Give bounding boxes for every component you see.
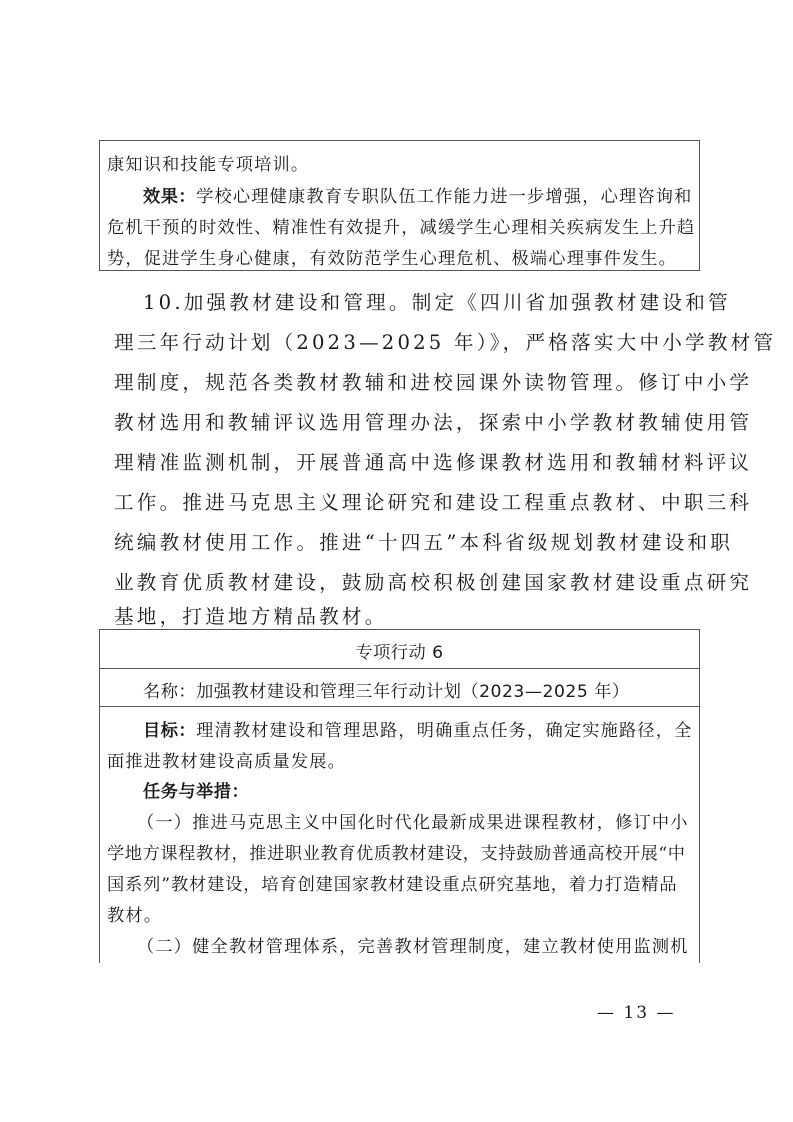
section10-line: 工作。推进马克思主义理论研究和建设工程重点教材、中职三科 [114, 486, 752, 515]
task-line: （一）推进马克思主义中国化时代化最新成果进课程教材，修订中小 [137, 808, 689, 833]
action-table-header: 专项行动 6 [99, 638, 700, 663]
section10-line: 教材选用和教辅评议选用管理办法，探索中小学教材教辅使用管 [114, 406, 752, 435]
effect-text-1: 学校心理健康教育专职队伍工作能力进一步增强，心理咨询和 [196, 187, 692, 207]
box-continuation-line: 康知识和技能专项培训。 [107, 150, 309, 175]
name-label: 名称： [143, 682, 196, 702]
goal-text-1: 理清教材建设和管理思路，明确重点任务，确定实施路径，全 [196, 721, 692, 741]
page-number: — 13 — [597, 1003, 675, 1023]
task-line: 教材。 [107, 901, 162, 926]
section10-line: 统编教材使用工作。推进“十四五”本科省级规划教材建设和职 [114, 526, 733, 555]
table-row-divider [99, 706, 700, 707]
task-line: 国系列”教材建设，培育创建国家教材建设重点研究基地，着力打造精品 [107, 870, 677, 895]
action-name-row: 名称：加强教材建设和管理三年行动计划（2023—2025 年） [143, 677, 630, 702]
effect-paragraph: 效果：学校心理健康教育专职队伍工作能力进一步增强，心理咨询和 [143, 182, 693, 207]
section10-line: 理三年行动计划（2023—2025 年）》，严格落实大中小学教材管 [114, 326, 776, 355]
effect-label: 效果： [143, 187, 196, 207]
table-row-divider [99, 668, 700, 669]
section10-line: 基地，打造地方精品教材。 [114, 600, 388, 629]
task-line: 学地方课程教材，推进职业教育优质教材建设，支持鼓励普通高校开展“中 [107, 839, 686, 864]
effect-text-3: 势，促进学生身心健康，有效防范学生心理危机、极端心理事件发生。 [107, 244, 677, 269]
goal-label: 目标： [143, 721, 196, 741]
section10-line: 10.加强教材建设和管理。制定《四川省加强教材建设和管 [143, 286, 731, 315]
section10-line: 理制度，规范各类教材教辅和进校园课外读物管理。修订中小学 [114, 366, 752, 395]
tasks-label: 任务与举措： [143, 777, 249, 802]
goal-paragraph: 目标：理清教材建设和管理思路，明确重点任务，确定实施路径，全 [143, 716, 693, 741]
effect-text-2: 危机干预的时效性、精准性有效提升，减缓学生心理相关疾病发生上升趋 [107, 213, 695, 238]
goal-text-2: 面推进教材建设高质量发展。 [107, 747, 346, 772]
section10-line: 业教育优质教材建设，鼓励高校积极创建国家教材建设重点研究 [114, 566, 752, 595]
task-line: （二）健全教材管理体系，完善教材管理制度，建立教材使用监测机 [137, 932, 689, 957]
section10-line: 理精准监测机制，开展普通高中选修课教材选用和教辅材料评议 [114, 446, 752, 475]
name-value: 加强教材建设和管理三年行动计划（2023—2025 年） [196, 682, 630, 702]
